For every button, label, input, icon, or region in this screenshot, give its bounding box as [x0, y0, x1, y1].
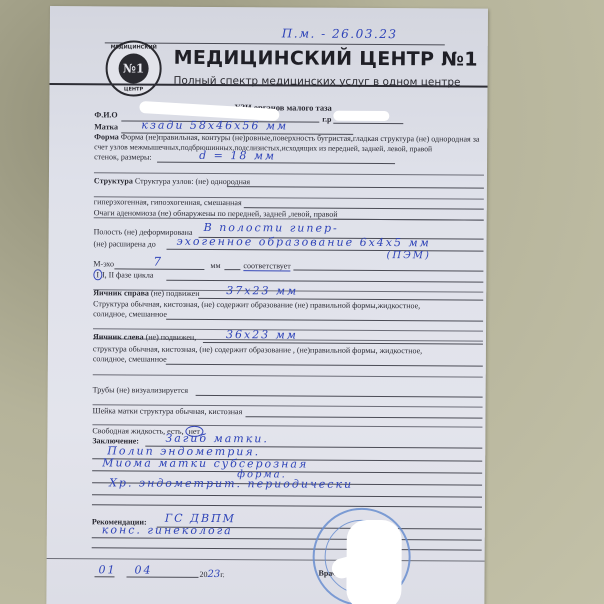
left-ovary-size: 36х23 мм — [226, 328, 298, 341]
dilated-label: (не) расширена до — [94, 239, 156, 248]
rule — [167, 249, 484, 252]
phase-circle: I — [93, 269, 102, 280]
right-ovary-label: Яичник справа (не) подвижен — [93, 288, 199, 298]
right-ovary-size: 37х23 мм — [226, 284, 298, 297]
m-echo-unit: мм — [210, 261, 220, 270]
rule — [227, 186, 484, 189]
conclusion-line-5: Хр. эндометрит. периодически — [109, 476, 353, 490]
left-ovary-structure-2: солидное, смешанное — [93, 354, 167, 363]
rule — [166, 364, 483, 367]
uterus-size-value: кзади 58х46х56 мм — [141, 119, 288, 133]
cycle-phase-label: II, II фазе цикла — [93, 270, 153, 279]
cervix-text: Шейка матки структура обычная, кистозная — [93, 406, 243, 416]
tubes-text: Трубы (не) визуализируется — [93, 385, 188, 395]
nodes-echogenicity-text: гиперэхогенная, гипоэхогенная, смешанная — [94, 197, 242, 207]
rule — [92, 504, 482, 507]
left-ovary-label: Яичник слева (не) подвижен, — [93, 332, 196, 342]
dilated-value-2: (ПЭМ) — [386, 250, 430, 261]
date-day: 01 — [99, 563, 117, 576]
uterus-form-text-3: стенок, размеры: — [94, 152, 152, 161]
rule — [334, 219, 484, 221]
birth-label: г.р — [322, 115, 331, 124]
rule — [196, 395, 483, 398]
adenomyosis-text: Очаги аденомиоза (не) обнаружены по пере… — [94, 208, 338, 218]
dilated-value: эхогенное образование 6х4х5 мм — [177, 235, 431, 250]
report-sheet: П.м. - 26.03.23 МЕДИЦИНСКИЙ №1 ЦЕНТР МЕД… — [46, 6, 488, 604]
m-echo-value: 7 — [153, 255, 163, 269]
conclusion-line-1: Загиб матки. — [165, 432, 269, 446]
m-echo-label: М-эхо — [93, 259, 114, 268]
rule — [93, 374, 483, 377]
redacted-birth-date — [333, 111, 389, 121]
rule — [95, 576, 115, 577]
rule — [92, 547, 482, 550]
cavity-value: В полости гипер- — [204, 221, 339, 235]
logo-ring-bottom-text: ЦЕНТР — [107, 86, 159, 92]
footer-divider — [47, 558, 485, 562]
birth-line — [333, 123, 403, 124]
rule — [94, 172, 484, 175]
rule — [92, 494, 482, 497]
rule — [245, 416, 482, 418]
rule — [224, 269, 240, 270]
rule — [293, 269, 483, 271]
rule — [166, 280, 483, 283]
date-month: 04 — [135, 564, 153, 577]
m-echo-corresponds: соответствует — [243, 261, 290, 271]
rule — [166, 319, 483, 322]
fio-label: Ф.И.О — [94, 110, 117, 119]
rule — [92, 537, 482, 540]
rule — [127, 576, 199, 577]
rule — [92, 470, 482, 473]
date-year: 2023г. — [199, 569, 224, 580]
logo-ring-top-text: МЕДИЦИНСКИЙ — [108, 44, 160, 50]
handwritten-date-note: П.м. - 26.03.23 — [282, 26, 398, 41]
clinic-title: МЕДИЦИНСКИЙ ЦЕНТР №1 — [174, 47, 478, 71]
nodes-structure-label: Структура Структура узлов: (не) однородн… — [94, 176, 250, 186]
clinic-logo: МЕДИЦИНСКИЙ №1 ЦЕНТР — [105, 40, 161, 96]
uterus-label: Матка — [94, 122, 118, 131]
logo-number: №1 — [119, 53, 149, 83]
wall-thickness-value: d = 18 мм — [199, 149, 276, 162]
recommendation-line-2: конс. гинеколога — [102, 523, 233, 537]
right-ovary-structure-2: солидное, смешанное — [93, 309, 167, 318]
